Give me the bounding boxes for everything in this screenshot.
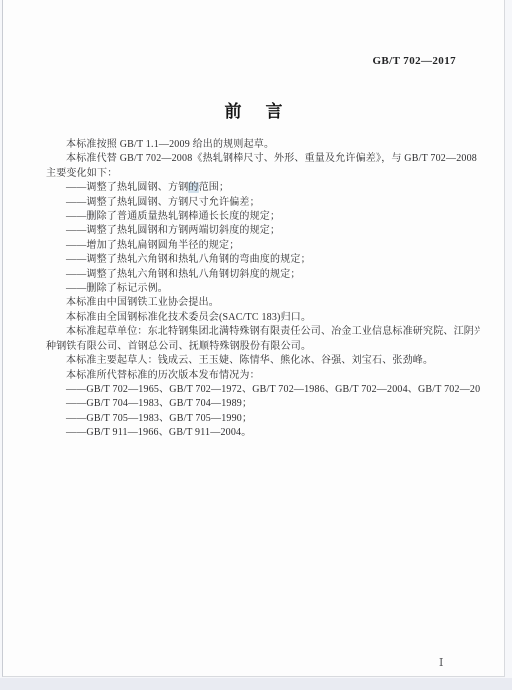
body-line: ——调整了热轧圆钢、方钢尺寸允许偏差； <box>46 196 480 210</box>
body-line: 本标准按照 GB/T 1.1—2009 给出的规则起草。 <box>46 138 480 152</box>
page-title-char-2: 言 <box>266 97 283 122</box>
document-viewport: { "document": { "standard_code": "GB/T 7… <box>0 0 512 690</box>
body-line: 本标准起草单位：东北特钢集团北满特殊钢有限责任公司、冶金工业信息标准研究院、江阴… <box>46 325 480 339</box>
scan-margin-strip <box>0 678 512 690</box>
standard-code: GB/T 702—2017 <box>372 55 456 67</box>
body-line: 种钢铁有限公司、首钢总公司、抚顺特殊钢股份有限公司。 <box>46 340 480 354</box>
body-line: ——删除了标记示例。 <box>46 282 480 296</box>
body-line: ——GB/T 704—1983、GB/T 704—1989； <box>46 397 480 411</box>
body-line: ——增加了热轧扁钢圆角半径的规定； <box>46 239 480 253</box>
body-line-text: ——调整了热轧圆钢、方钢 <box>66 182 188 193</box>
page-title: 前 言 <box>3 97 504 122</box>
body-line: ——GB/T 705—1983、GB/T 705—1990； <box>46 412 480 426</box>
body-line: ——调整了热轧圆钢、方钢的范围； <box>46 181 480 195</box>
body-line: 本标准代替 GB/T 702—2008《热轧钢棒尺寸、外形、重量及允许偏差》，与… <box>46 152 480 166</box>
body-line: 本标准所代替标准的历次版本发布情况为： <box>46 369 480 383</box>
body-line: 本标准由全国钢标准化技术委员会(SAC/TC 183)归口。 <box>46 311 480 325</box>
page-number: Ⅰ <box>439 656 443 669</box>
foreword-body: 本标准按照 GB/T 1.1—2009 给出的规则起草。 本标准代替 GB/T … <box>46 138 480 441</box>
document-page: GB/T 702—2017 前 言 本标准按照 GB/T 1.1—2009 给出… <box>2 0 505 677</box>
body-line: ——GB/T 911—1966、GB/T 911—2004。 <box>46 426 480 440</box>
body-line: ——GB/T 702—1965、GB/T 702—1972、GB/T 702—1… <box>46 383 480 397</box>
body-line: ——调整了热轧六角钢和热轧八角钢切斜度的规定； <box>46 268 480 282</box>
body-line-text: 范围； <box>199 182 230 193</box>
body-line: ——调整了热轧圆钢和方钢两端切斜度的规定； <box>46 224 480 238</box>
scan-highlight: 的 <box>188 182 198 193</box>
body-line: 本标准主要起草人：钱成云、王玉婕、陈情华、熊化冰、谷强、刘宝石、张劲峰。 <box>46 354 480 368</box>
body-line: 主要变化如下： <box>46 167 480 181</box>
body-line: ——调整了热轧六角钢和热轧八角钢的弯曲度的规定； <box>46 253 480 267</box>
body-line: 本标准由中国钢铁工业协会提出。 <box>46 296 480 310</box>
body-line: ——删除了普通质量热轧钢棒通长长度的规定； <box>46 210 480 224</box>
page-title-char-1: 前 <box>225 97 242 122</box>
